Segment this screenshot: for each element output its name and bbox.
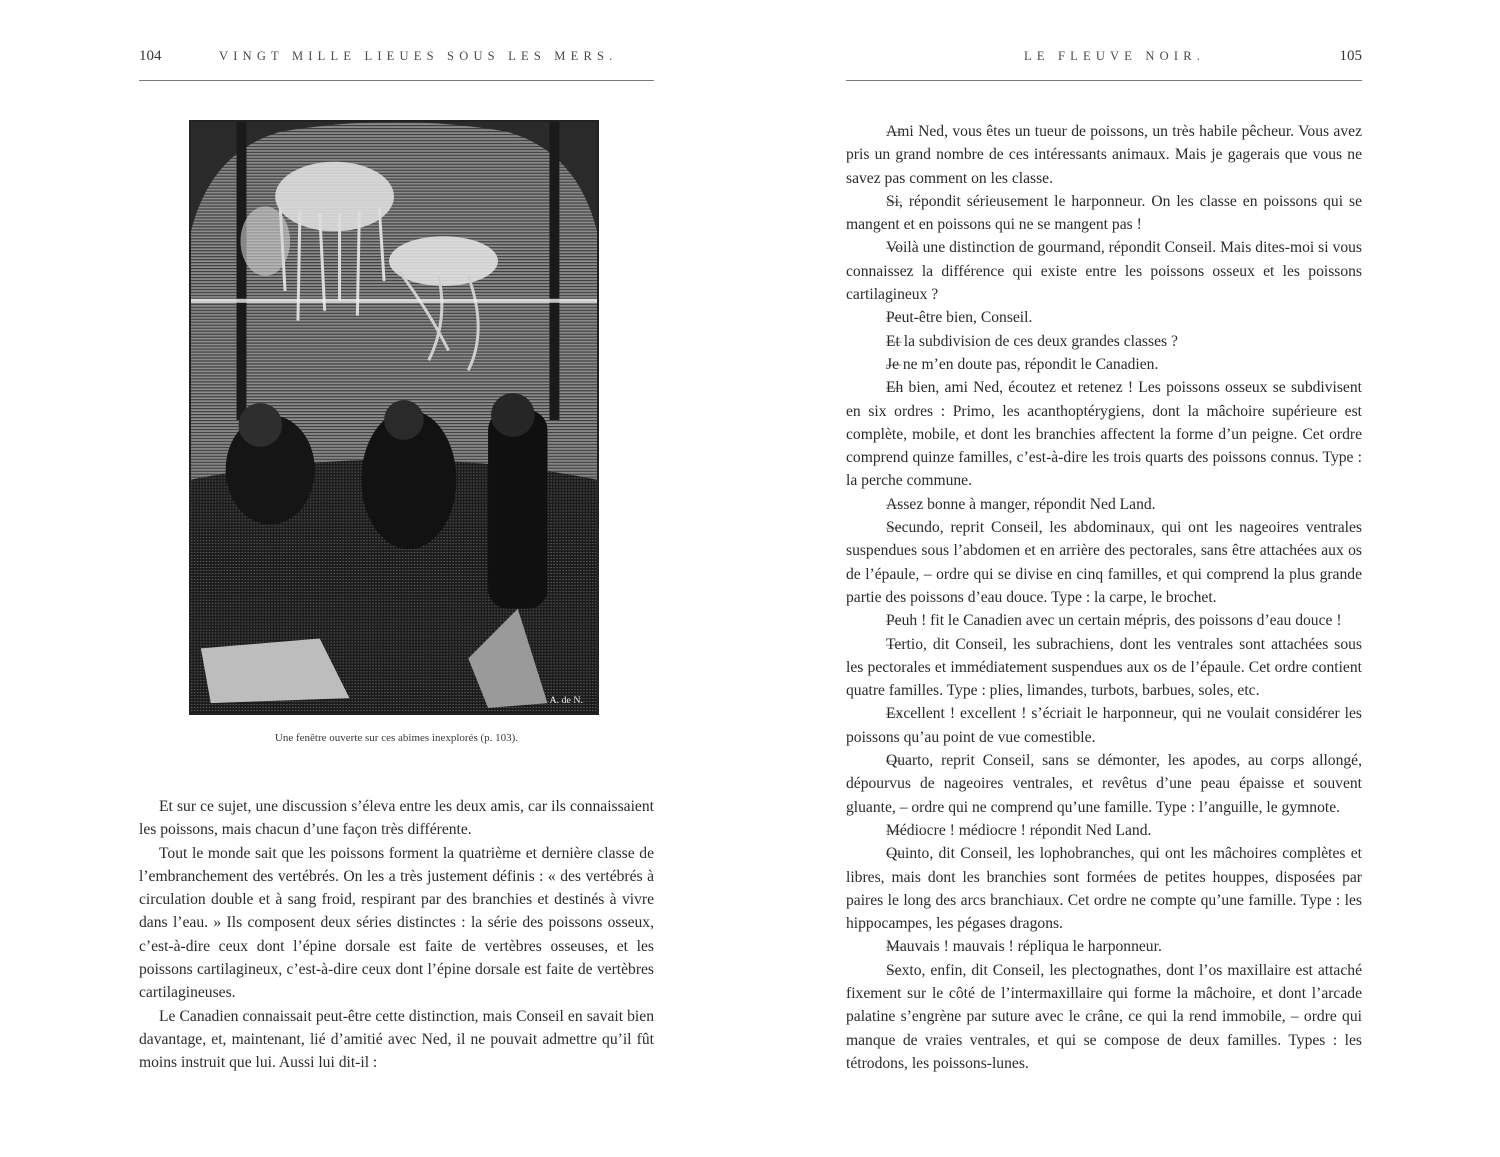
dialogue-paragraph: —Mauvais ! mauvais ! répliqua le harponn… [846,935,1362,958]
dialogue-paragraph: —Assez bonne à manger, répondit Ned Land… [846,493,1362,516]
dialogue-paragraph: —Ami Ned, vous êtes un tueur de poissons… [846,120,1362,190]
em-dash: — [866,935,886,958]
em-dash: — [866,819,886,842]
dialogue-paragraph: —Sexto, enfin, dit Conseil, les plectogn… [846,959,1362,1075]
dialogue-paragraph: —Médiocre ! médiocre ! répondit Ned Land… [846,819,1362,842]
left-page: 104 VINGT MILLE LIEUES SOUS LES MERS. [139,0,654,1157]
chapter-title-header: LE FLEUVE NOIR. [1024,49,1205,64]
em-dash: — [866,959,886,982]
engraving-image: A. de N. [191,122,597,713]
engraver-signature: A. de N. [549,695,583,706]
em-dash: — [866,842,886,865]
dialogue-paragraph: —Excellent ! excellent ! s’écriait le ha… [846,702,1362,749]
em-dash: — [866,749,886,772]
illustration-caption: Une fenêtre ouverte sur ces abimes inexp… [139,732,654,744]
em-dash: — [866,376,886,399]
dialogue-paragraph: —Eh bien, ami Ned, écoutez et retenez ! … [846,376,1362,492]
header-rule-right [846,80,1362,81]
em-dash: — [866,330,886,353]
em-dash: — [866,306,886,329]
page-number-left: 104 [139,48,162,65]
em-dash: — [866,236,886,259]
em-dash: — [866,120,886,143]
running-head-right: LE FLEUVE NOIR. 105 [846,48,1362,72]
dialogue-paragraph: —Voilà une distinction de gourmand, répo… [846,236,1362,306]
em-dash: — [866,493,886,516]
dialogue-paragraph: —Je ne m’en doute pas, répondit le Canad… [846,353,1362,376]
running-head-left: 104 VINGT MILLE LIEUES SOUS LES MERS. [139,48,654,72]
em-dash: — [866,516,886,539]
engraving-illustration: A. de N. [189,120,599,715]
dialogue-paragraph: —Secundo, reprit Conseil, les abdominaux… [846,516,1362,609]
book-title-header: VINGT MILLE LIEUES SOUS LES MERS. [219,49,617,64]
paragraph: Et sur ce sujet, une discussion s’éleva … [139,795,654,842]
dialogue-paragraph: —Si, répondit sérieusement le harponneur… [846,190,1362,237]
page-number-right: 105 [1340,48,1363,65]
em-dash: — [866,702,886,725]
body-text-right: —Ami Ned, vous êtes un tueur de poissons… [846,120,1362,1075]
paragraph: Tout le monde sait que les poissons form… [139,842,654,1005]
dialogue-paragraph: —Quarto, reprit Conseil, sans se démonte… [846,749,1362,819]
dialogue-paragraph: —Peuh ! fit le Canadien avec un certain … [846,609,1362,632]
dialogue-paragraph: —Tertio, dit Conseil, les subrachiens, d… [846,633,1362,703]
em-dash: — [866,353,886,376]
em-dash: — [866,190,886,213]
em-dash: — [866,609,886,632]
paragraph: Le Canadien connaissait peut-être cette … [139,1005,654,1075]
em-dash: — [866,633,886,656]
dialogue-paragraph: —Peut-être bien, Conseil. [846,306,1362,329]
body-text-left: Et sur ce sujet, une discussion s’éleva … [139,795,654,1075]
header-rule-left [139,80,654,81]
dialogue-paragraph: —Quinto, dit Conseil, les lophobranches,… [846,842,1362,935]
dialogue-paragraph: —Et la subdivision de ces deux grandes c… [846,330,1362,353]
right-page: LE FLEUVE NOIR. 105 —Ami Ned, vous êtes … [846,0,1362,1157]
